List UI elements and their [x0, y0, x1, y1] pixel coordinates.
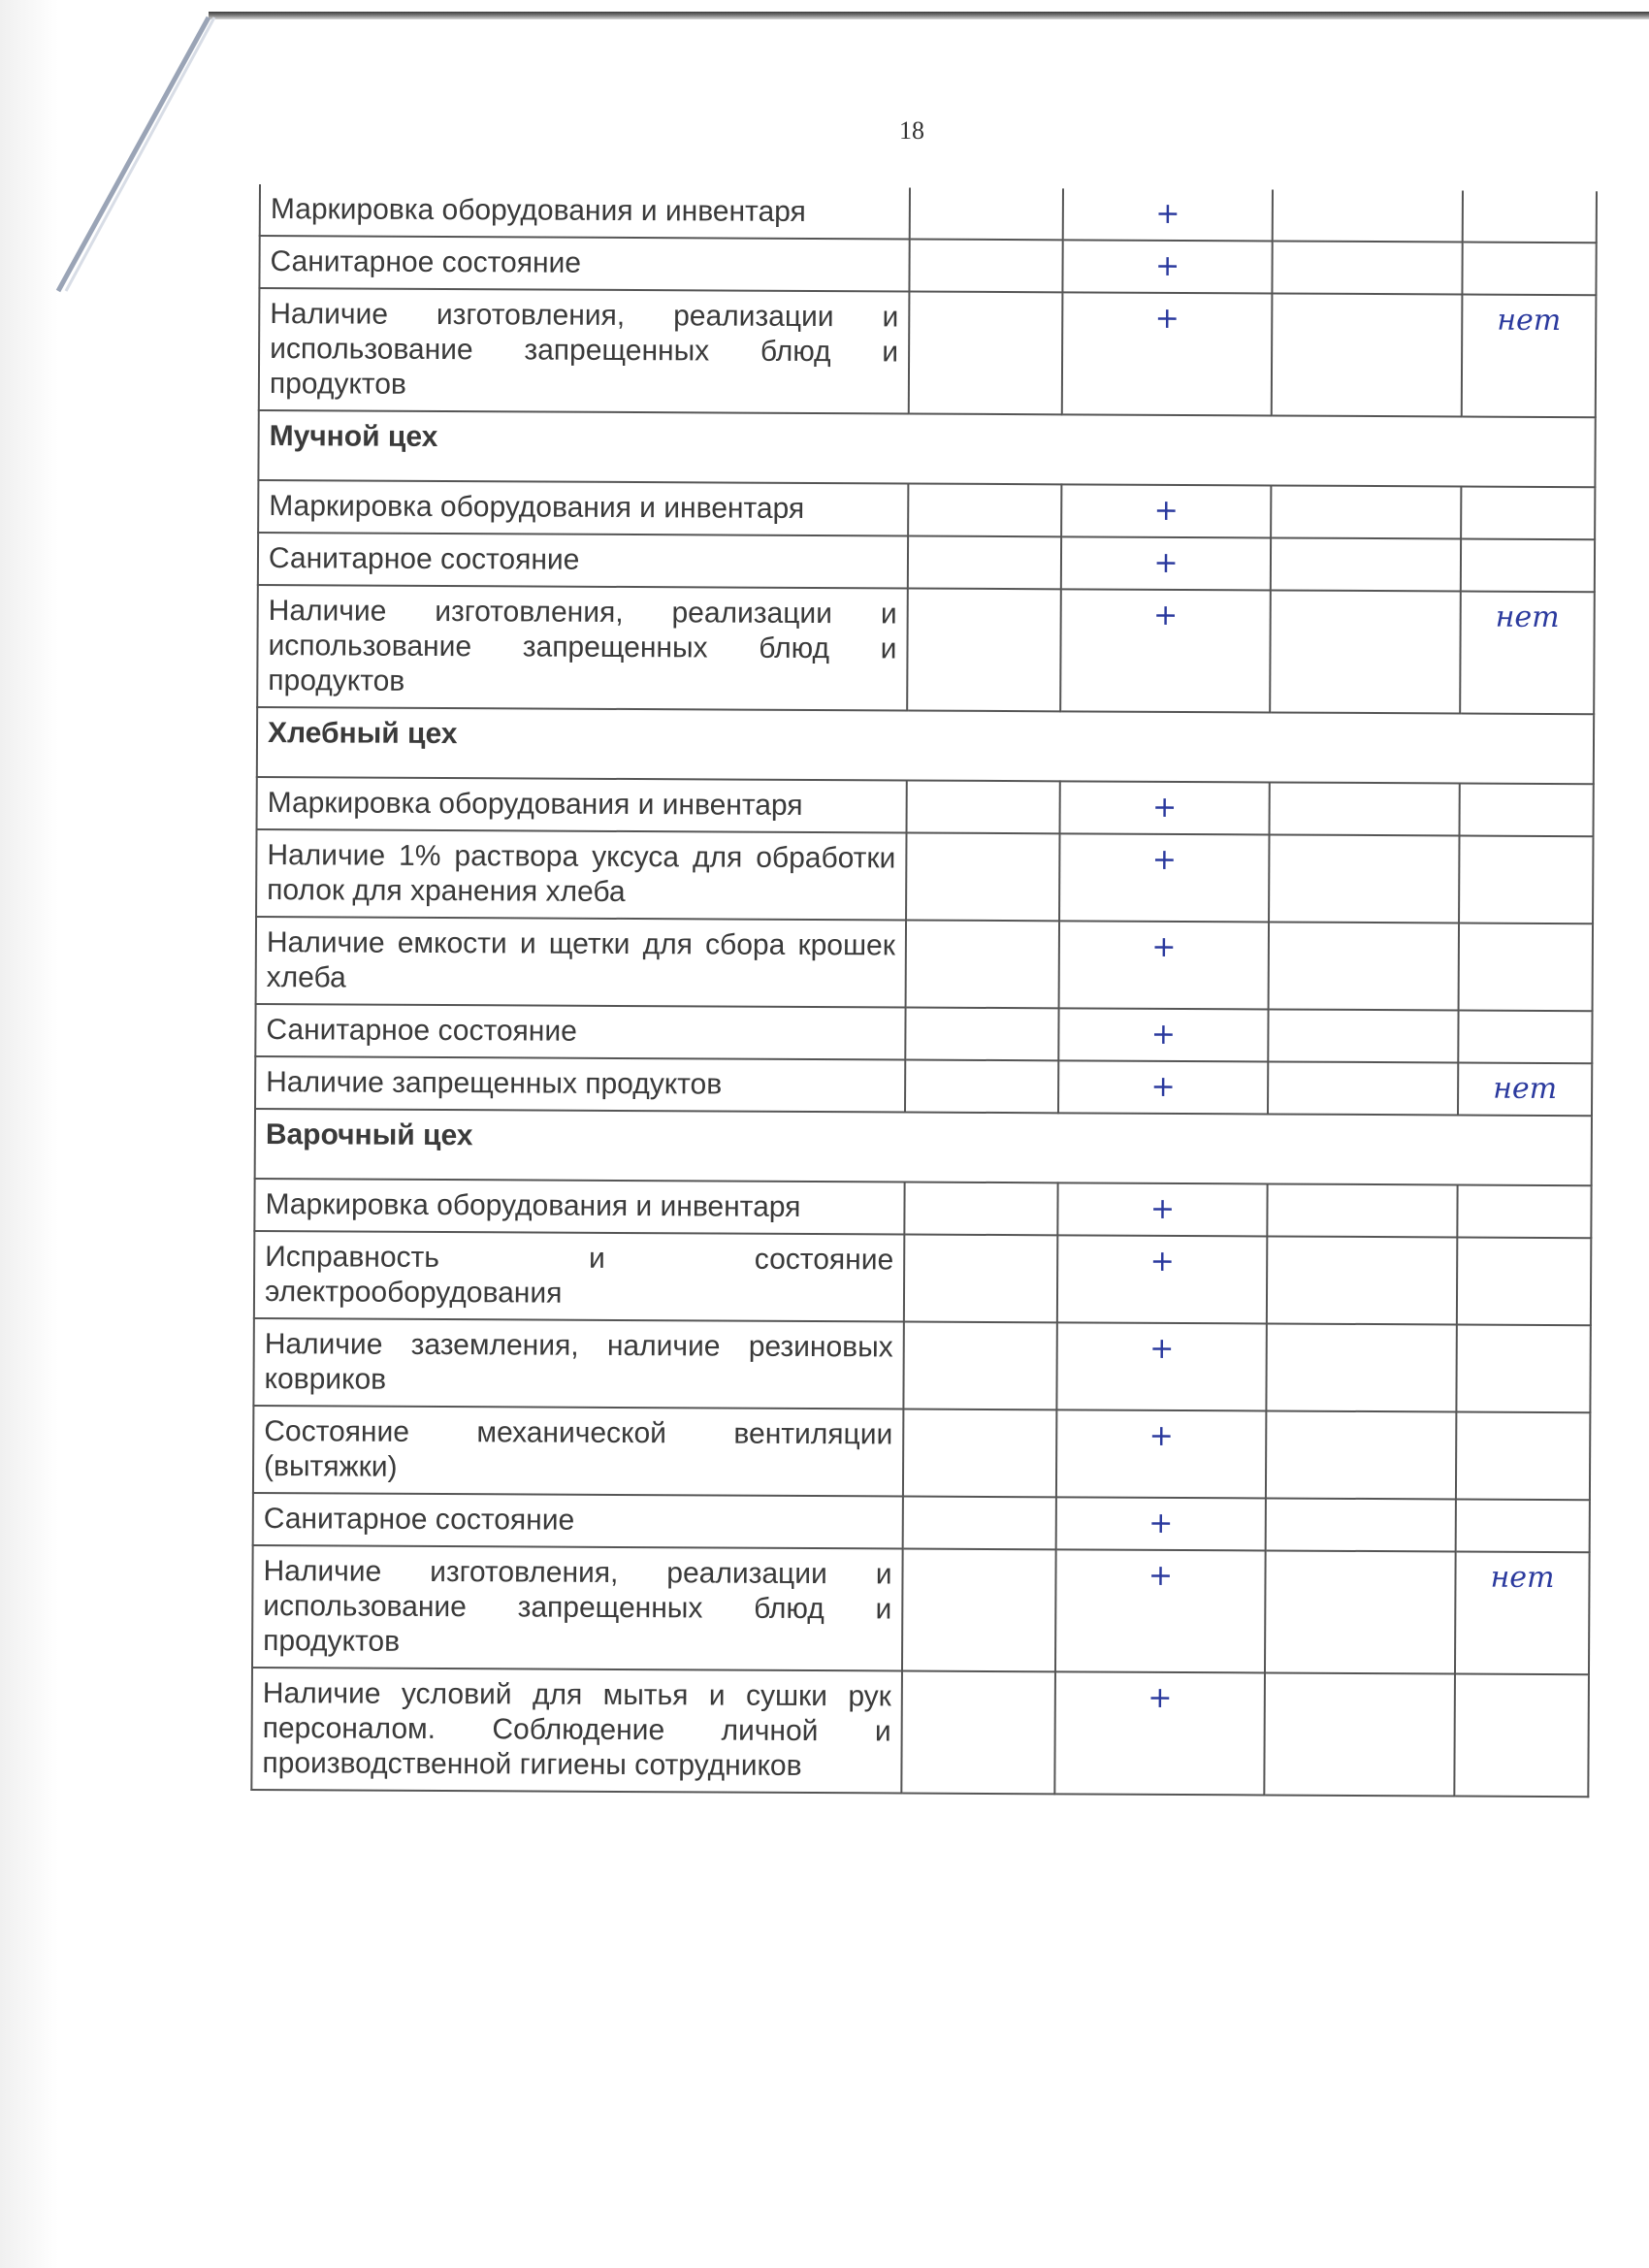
cell-col3	[1268, 1061, 1458, 1115]
cell-note	[1459, 923, 1593, 1011]
cell-col3	[1272, 293, 1463, 416]
cell-note	[1459, 835, 1593, 923]
cell-col1	[908, 536, 1061, 590]
cell-mark-plus: +	[1058, 1008, 1268, 1061]
cell-mark-plus: +	[1061, 484, 1271, 537]
criterion-label: Наличие запрещенных продуктов	[255, 1056, 905, 1113]
criterion-label: Маркировка оборудования и инвентаря	[254, 1179, 904, 1235]
cell-col1	[904, 1234, 1057, 1322]
cell-note	[1456, 1411, 1590, 1500]
cell-note	[1457, 1237, 1591, 1325]
cell-mark-plus: +	[1057, 1183, 1267, 1236]
cell-note: нет	[1462, 294, 1597, 417]
cell-col3	[1272, 241, 1462, 294]
criterion-label: Маркировка оборудования и инвентаря	[258, 480, 908, 536]
cell-col1	[910, 188, 1063, 241]
cell-mark-plus: +	[1060, 781, 1270, 834]
table-row: Санитарное состояние+	[253, 1493, 1590, 1552]
criterion-label: Наличие условий для мытья и сушки рук пе…	[251, 1668, 902, 1794]
cell-col3	[1265, 1550, 1456, 1673]
cell-note	[1456, 1499, 1590, 1552]
cell-mark-plus: +	[1056, 1497, 1266, 1550]
cell-mark-plus: +	[1062, 240, 1272, 293]
scan-fold-edge	[39, 0, 233, 310]
cell-col1	[904, 1182, 1057, 1235]
criterion-label: Санитарное состояние	[259, 236, 909, 292]
cell-col3	[1266, 1323, 1456, 1411]
cell-mark-plus: +	[1060, 589, 1271, 712]
table-row: Исправность и состояние электрооборудова…	[254, 1231, 1591, 1325]
cell-mark-plus: +	[1063, 188, 1273, 241]
cell-mark-plus: +	[1055, 1549, 1266, 1672]
cell-col3	[1267, 1236, 1457, 1324]
cell-col1	[906, 833, 1059, 922]
section-title: Варочный цех	[255, 1109, 1592, 1185]
criterion-label: Исправность и состояние электрооборудова…	[254, 1231, 904, 1322]
cell-mark-plus: +	[1054, 1671, 1265, 1795]
criterion-label: Наличие изготовления, реализации и испол…	[257, 585, 908, 711]
table-row: Санитарное состояние+	[258, 533, 1595, 592]
section-header-row: Варочный цех	[255, 1109, 1592, 1185]
cell-note	[1463, 190, 1597, 243]
cell-col1	[907, 781, 1060, 834]
cell-note: нет	[1458, 1062, 1592, 1116]
section-title: Мучной цех	[258, 410, 1595, 487]
cell-note	[1454, 1673, 1589, 1797]
cell-col1	[908, 484, 1061, 537]
cell-note	[1458, 1010, 1592, 1063]
criterion-label: Маркировка оборудования и инвентаря	[257, 777, 907, 833]
table-row: Маркировка оборудования и инвентаря+	[258, 480, 1595, 539]
page-number: 18	[0, 116, 1649, 146]
cell-col3	[1266, 1410, 1456, 1499]
cell-col3	[1268, 1009, 1458, 1062]
criterion-label: Наличие изготовления, реализации и испол…	[259, 288, 910, 414]
cell-mark-plus: +	[1061, 536, 1271, 590]
cell-mark-plus: +	[1059, 833, 1269, 922]
criterion-label: Наличие 1% раствора уксуса для обработки…	[256, 829, 906, 921]
cell-col1	[903, 1321, 1056, 1409]
cell-mark-plus: +	[1059, 921, 1269, 1009]
table-row: Состояние механической вентиляции (вытяж…	[253, 1406, 1590, 1500]
table-row: Наличие изготовления, реализации и испол…	[252, 1545, 1590, 1674]
cell-col3	[1271, 485, 1461, 538]
cell-note	[1457, 1184, 1591, 1238]
cell-note	[1462, 242, 1596, 295]
table-row: Наличие изготовления, реализации и испол…	[259, 288, 1597, 417]
cell-col3	[1271, 537, 1461, 591]
cell-col3	[1269, 922, 1459, 1010]
cell-col3	[1270, 782, 1460, 835]
section-title: Хлебный цех	[257, 707, 1594, 784]
scan-margin	[0, 0, 58, 2268]
section-header-row: Мучной цех	[258, 410, 1595, 487]
criterion-label: Наличие заземления, наличие резиновых ко…	[253, 1318, 903, 1409]
cell-mark-plus: +	[1056, 1409, 1266, 1498]
table-row: Маркировка оборудования и инвентаря+	[254, 1179, 1591, 1238]
criterion-label: Санитарное состояние	[258, 533, 908, 589]
cell-col3	[1267, 1183, 1457, 1237]
table-row: Санитарное состояние+	[259, 236, 1596, 295]
table-row: Наличие емкости и щетки для сбора крошек…	[256, 917, 1593, 1011]
checklist-table: Маркировка оборудования и инвентаря+Сани…	[250, 184, 1598, 1798]
table-row: Санитарное состояние+	[255, 1004, 1592, 1063]
inspection-checklist: Маркировка оборудования и инвентаря+Сани…	[250, 184, 1596, 1798]
criterion-label: Маркировка оборудования и инвентаря	[260, 184, 910, 240]
cell-col1	[909, 292, 1063, 415]
cell-col3	[1273, 189, 1463, 242]
criterion-label: Санитарное состояние	[255, 1004, 905, 1060]
cell-note	[1456, 1324, 1590, 1412]
cell-col3	[1264, 1672, 1455, 1796]
cell-col1	[903, 1496, 1056, 1549]
table-row: Наличие 1% раствора уксуса для обработки…	[256, 829, 1593, 923]
criterion-label: Состояние механической вентиляции (вытяж…	[253, 1406, 903, 1497]
criterion-label: Наличие емкости и щетки для сбора крошек…	[256, 917, 906, 1008]
cell-col1	[901, 1670, 1055, 1794]
table-row: Наличие условий для мытья и сушки рук пе…	[251, 1668, 1589, 1797]
criterion-label: Санитарное состояние	[253, 1493, 903, 1549]
cell-mark-plus: +	[1058, 1060, 1268, 1114]
cell-col1	[905, 1008, 1058, 1061]
cell-note: нет	[1460, 591, 1595, 714]
table-row: Наличие запрещенных продуктов+нет	[255, 1056, 1592, 1116]
cell-col1	[902, 1548, 1056, 1671]
table-row: Наличие изготовления, реализации и испол…	[257, 585, 1595, 714]
cell-mark-plus: +	[1056, 1322, 1266, 1410]
cell-col3	[1269, 834, 1459, 923]
cell-note	[1461, 538, 1595, 592]
cell-col1	[907, 589, 1061, 712]
scan-page-edge	[209, 12, 1649, 19]
table-row: Маркировка оборудования и инвентаря+	[260, 184, 1597, 243]
section-header-row: Хлебный цех	[257, 707, 1594, 784]
cell-mark-plus: +	[1062, 292, 1273, 415]
cell-note: нет	[1455, 1551, 1590, 1674]
cell-note	[1460, 783, 1594, 836]
cell-note	[1461, 486, 1595, 539]
table-row: Наличие заземления, наличие резиновых ко…	[253, 1318, 1590, 1412]
cell-col1	[909, 240, 1062, 293]
cell-mark-plus: +	[1057, 1235, 1267, 1323]
criterion-label: Наличие изготовления, реализации и испол…	[252, 1545, 903, 1671]
cell-col3	[1270, 590, 1461, 713]
cell-col3	[1266, 1498, 1456, 1551]
cell-col1	[905, 1060, 1058, 1114]
cell-col1	[906, 921, 1059, 1009]
cell-col1	[903, 1409, 1056, 1497]
table-row: Маркировка оборудования и инвентаря+	[257, 777, 1594, 836]
